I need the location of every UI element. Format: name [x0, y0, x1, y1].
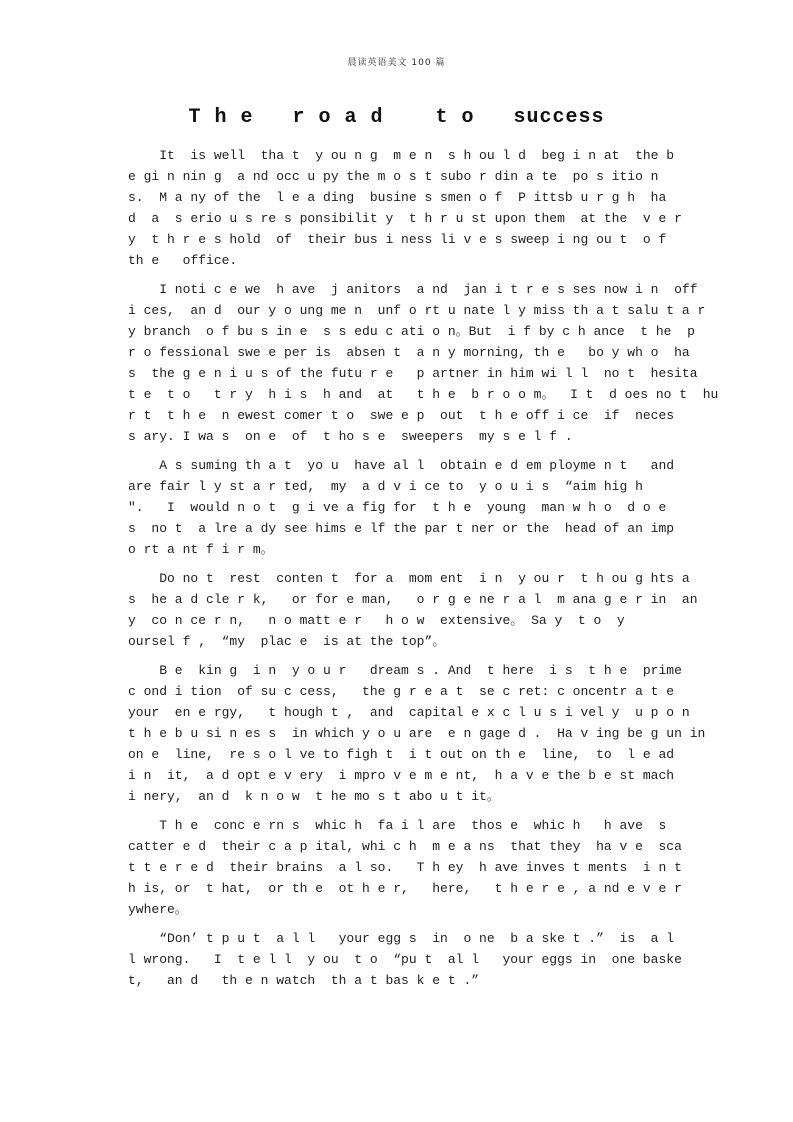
text-line: y branch o f bu s in e s s edu c ati o n…: [128, 321, 693, 342]
text-line: o rt a nt f i r m。: [128, 539, 693, 560]
paragraph: B e kin g i n y o u r dream s . And t he…: [128, 660, 693, 807]
text-line: I noti c e we h ave j anitors a nd jan i…: [128, 279, 693, 300]
text-line: t, an d th e n watch th a t bas k e t .”: [128, 970, 693, 991]
text-line: i n it, a d opt e v ery i mpro v e m e n…: [128, 765, 693, 786]
text-line: y t h r e s hold of their bus i ness li …: [128, 229, 693, 250]
text-line: It is well tha t y ou n g m e n s h ou l…: [128, 145, 693, 166]
text-line: “Don’ t p u t a l l your egg s in o ne b…: [128, 928, 693, 949]
paragraph: “Don’ t p u t a l l your egg s in o ne b…: [128, 928, 693, 991]
paragraph: It is well tha t y ou n g m e n s h ou l…: [128, 145, 693, 271]
text-line: your en e rgy, t hough t , and capital e…: [128, 702, 693, 723]
text-line: s ary. I wa s on e of t ho s e sweepers …: [128, 426, 693, 447]
text-line: r t t h e n ewest comer t o swe e p out …: [128, 405, 693, 426]
text-line: t t e r e d their brains a l so. T h ey …: [128, 857, 693, 878]
text-line: e gi n nin g a nd occ u py the m o s t s…: [128, 166, 693, 187]
text-line: c ond i tion of su c cess, the g r e a t…: [128, 681, 693, 702]
text-line: T h e conc e rn s whic h fa i l are thos…: [128, 815, 693, 836]
document-page: 晨读英语美文 100 篇 T h e r o a d t o success I…: [0, 0, 793, 1122]
document-body: It is well tha t y ou n g m e n s h ou l…: [128, 145, 693, 991]
text-line: i ces, an d our y o ung me n unf o rt u …: [128, 300, 693, 321]
text-line: s. M a ny of the l e a ding busine s sme…: [128, 187, 693, 208]
paragraph: T h e conc e rn s whic h fa i l are thos…: [128, 815, 693, 920]
text-line: Do no t rest conten t for a mom ent i n …: [128, 568, 693, 589]
text-line: h is, or t hat, or th e ot h e r, here, …: [128, 878, 693, 899]
page-title: T h e r o a d t o success: [0, 106, 793, 129]
paragraph: I noti c e we h ave j anitors a nd jan i…: [128, 279, 693, 447]
text-line: on e line, re s o l ve to figh t i t out…: [128, 744, 693, 765]
text-line: ywhere。: [128, 899, 693, 920]
running-header: 晨读英语美文 100 篇: [0, 0, 793, 68]
text-line: ″. I would n o t g i ve a fig for t h e …: [128, 497, 693, 518]
text-line: are fair l y st a r ted, my a d v i ce t…: [128, 476, 693, 497]
text-line: d a s erio u s re s ponsibilit y t h r u…: [128, 208, 693, 229]
text-line: oursel f , “my plac e is at the top”。: [128, 631, 693, 652]
text-line: s he a d cle r k, or for e man, o r g e …: [128, 589, 693, 610]
paragraph: Do no t rest conten t for a mom ent i n …: [128, 568, 693, 652]
text-line: th e office.: [128, 250, 693, 271]
text-line: l wrong. I t e l l y ou t o “pu t al l y…: [128, 949, 693, 970]
text-line: s the g e n i u s of the futu r e p artn…: [128, 363, 693, 384]
text-line: s no t a lre a dy see hims e lf the par …: [128, 518, 693, 539]
text-line: r o fessional swe e per is absen t a n y…: [128, 342, 693, 363]
text-line: t e t o t r y h i s h and at t h e b r o…: [128, 384, 693, 405]
text-line: t h e b u si n es s in which y o u are e…: [128, 723, 693, 744]
paragraph: A s suming th a t yo u have al l obtain …: [128, 455, 693, 560]
text-line: B e kin g i n y o u r dream s . And t he…: [128, 660, 693, 681]
text-line: i nery, an d k n o w t he mo s t abo u t…: [128, 786, 693, 807]
text-line: catter e d their c a p ital, whi c h m e…: [128, 836, 693, 857]
text-line: y co n ce r n, n o matt e r h o w extens…: [128, 610, 693, 631]
text-line: A s suming th a t yo u have al l obtain …: [128, 455, 693, 476]
